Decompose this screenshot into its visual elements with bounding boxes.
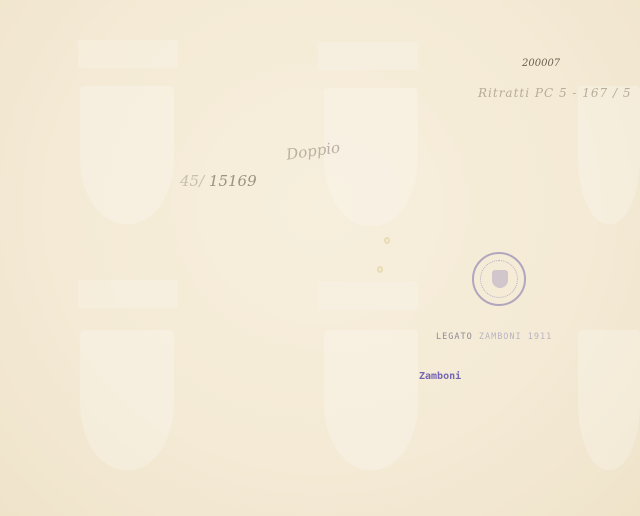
library-stamp bbox=[472, 252, 526, 306]
paper-spot bbox=[384, 237, 390, 244]
watermark-crown bbox=[318, 42, 418, 70]
watermark-crown bbox=[318, 282, 418, 310]
accession-number: 45/ 15169 bbox=[180, 172, 257, 190]
accession-value: 15169 bbox=[209, 172, 257, 190]
watermark-shield bbox=[80, 86, 174, 224]
watermark-shield bbox=[578, 330, 640, 470]
watermark-crown bbox=[78, 280, 178, 308]
paper-spot bbox=[377, 266, 383, 273]
stamp-emblem-icon bbox=[492, 270, 508, 288]
watermark-shield bbox=[80, 330, 174, 470]
shelfmark: Ritratti PC 5 - 167 / 5 bbox=[478, 86, 631, 100]
watermark-shield bbox=[324, 330, 418, 470]
watermark-shield bbox=[578, 86, 640, 224]
watermark-shield bbox=[324, 88, 418, 226]
bequest-rest: ZAMBONI 1911 bbox=[473, 332, 553, 342]
name-stamp: Zamboni bbox=[419, 371, 461, 382]
watermark-crown bbox=[78, 40, 178, 68]
bequest-prefix: LEGATO bbox=[436, 332, 473, 342]
accession-prefix: 45/ bbox=[180, 172, 204, 190]
inventory-number: 200007 bbox=[522, 58, 560, 69]
bequest-stamp: LEGATO ZAMBONI 1911 bbox=[436, 332, 552, 342]
